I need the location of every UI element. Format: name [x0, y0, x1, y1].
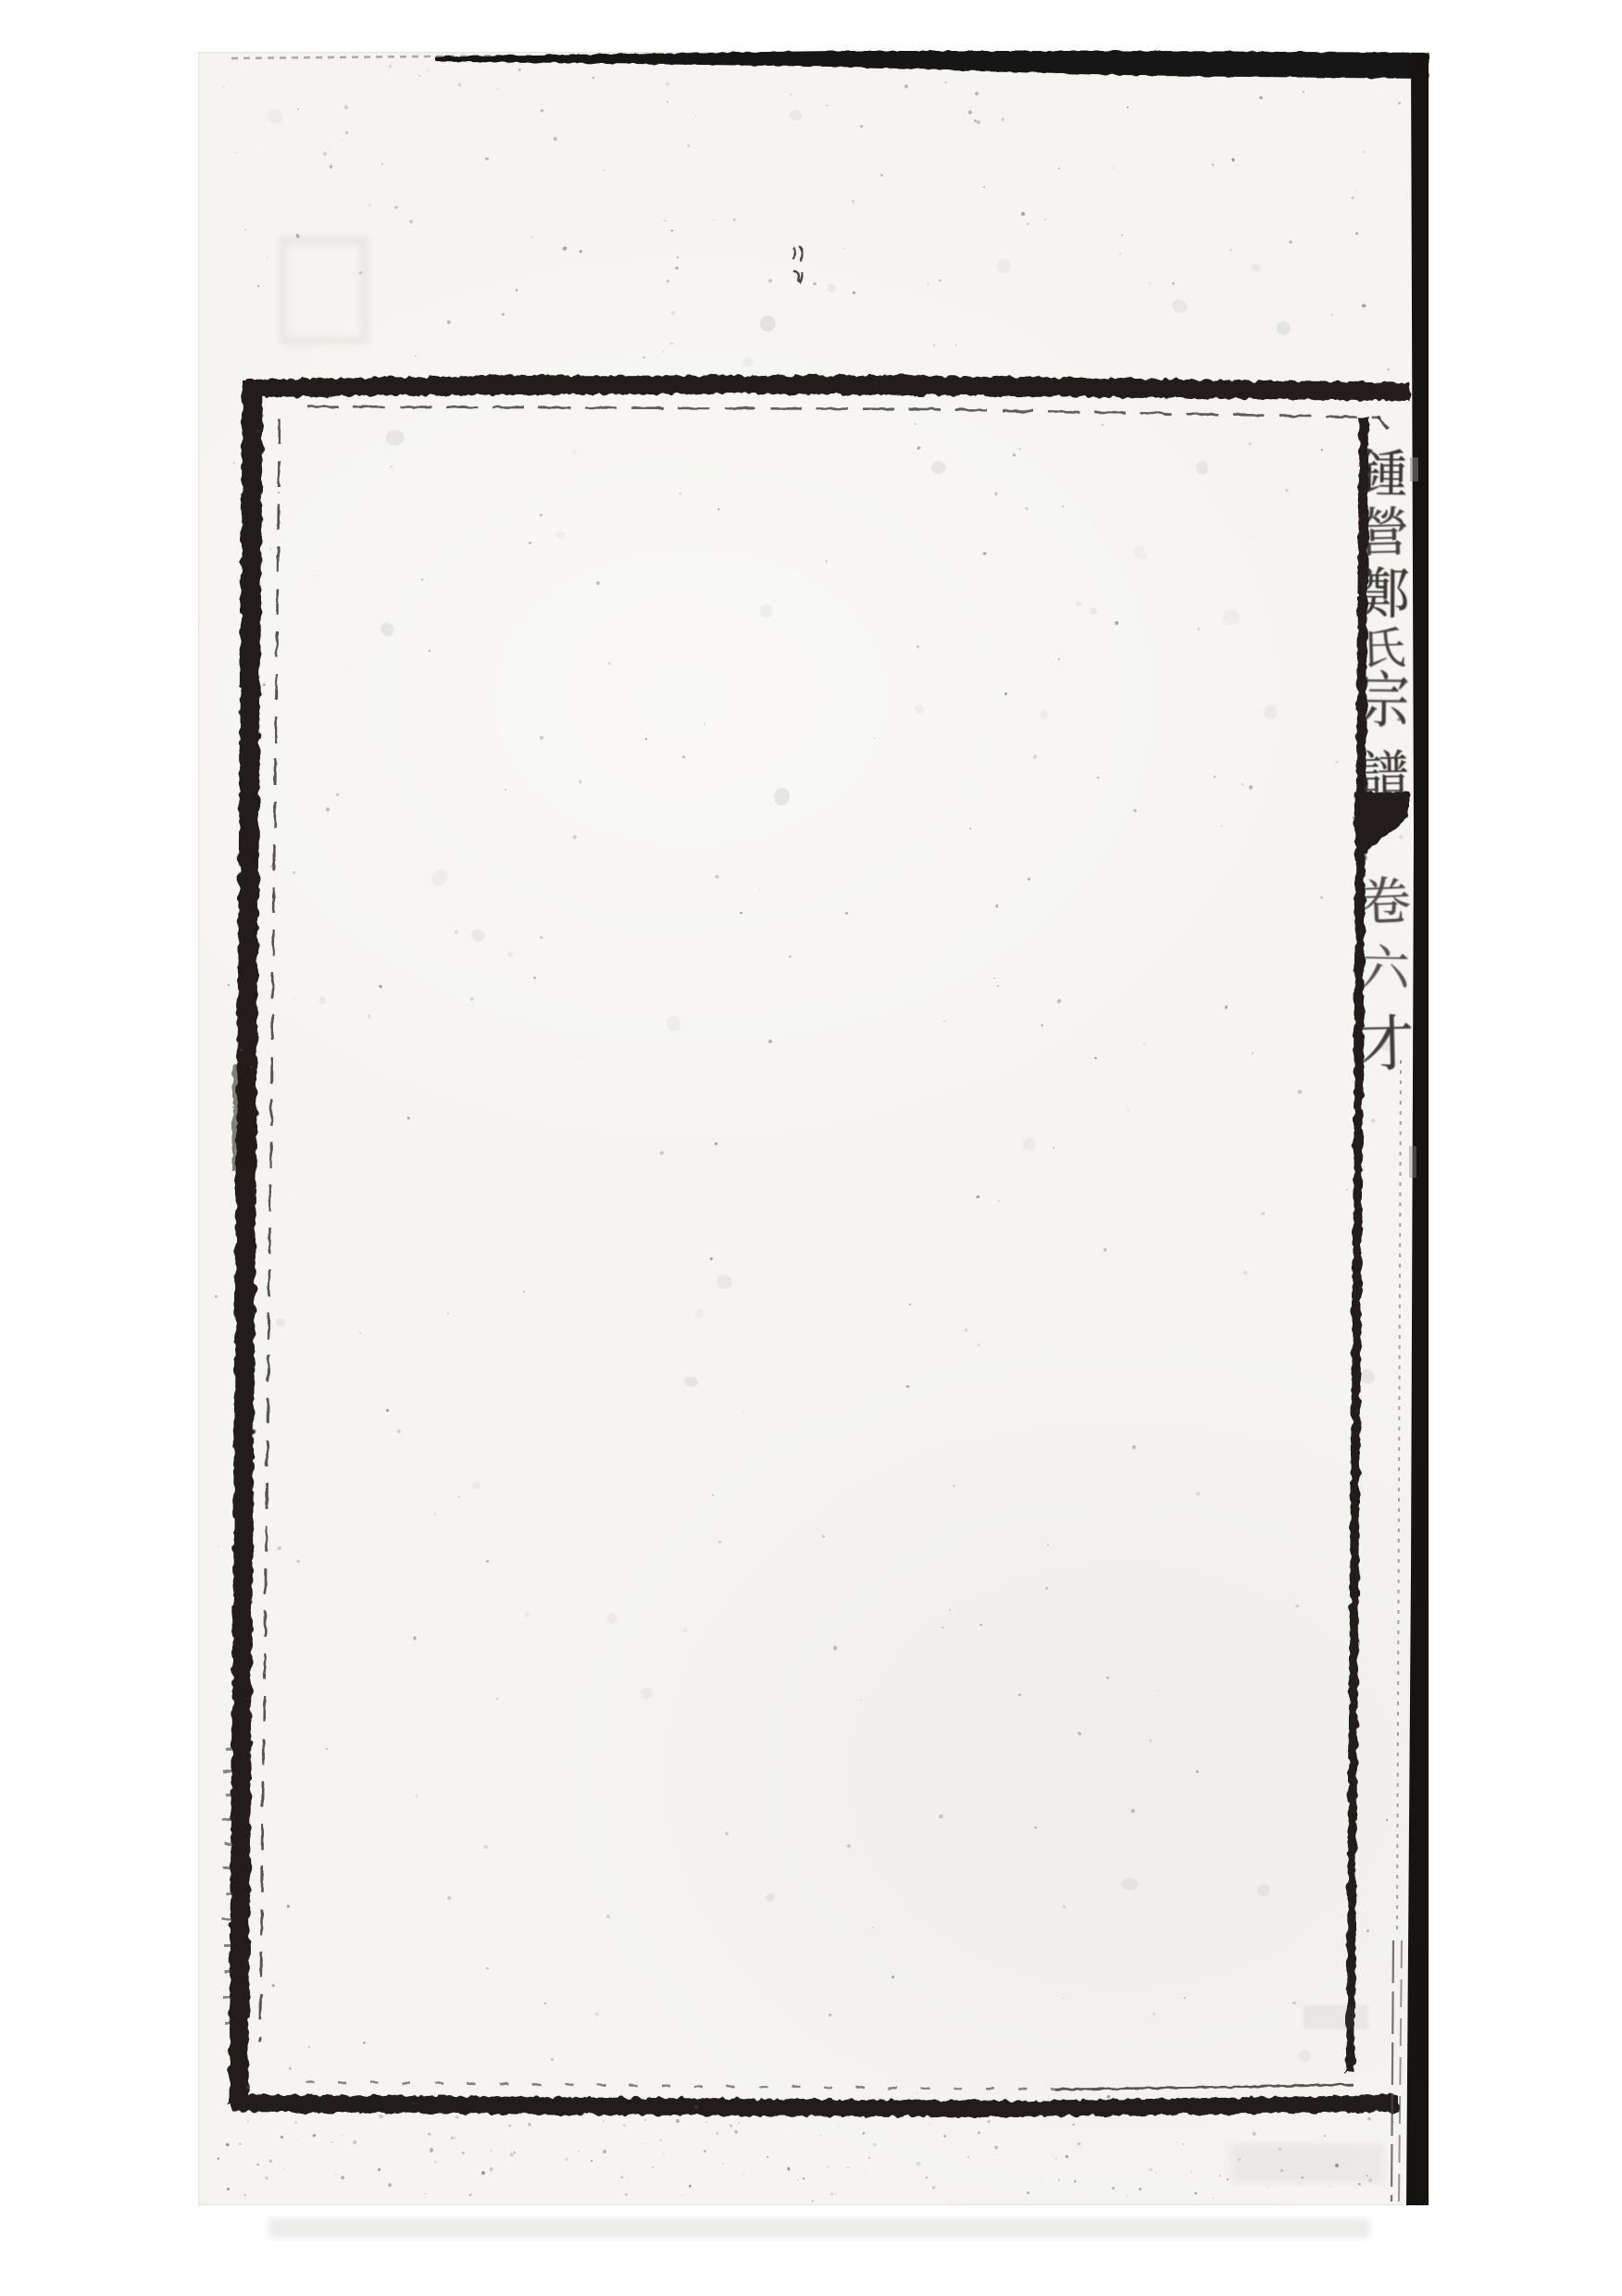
column-right-rule — [1391, 1940, 1393, 2202]
frame-top-border — [244, 375, 1410, 401]
inner-rule-bottom — [1055, 2085, 1354, 2090]
scanned-page: 鍾營鄭氏宗譜卷六才 — [0, 0, 1622, 2296]
inner-rule-left — [260, 418, 280, 2042]
bottom-scan-smudge — [1231, 2144, 1384, 2183]
center-column: 鍾營鄭氏宗譜卷六才 — [1353, 422, 1419, 1644]
title-char: 宗 — [1354, 652, 1414, 740]
top-edge-scan-streak — [435, 51, 1429, 79]
left-border-wear — [232, 1065, 250, 1171]
left-border-wear — [231, 1889, 247, 2065]
inner-rule-top — [307, 406, 1381, 418]
column-right-rule — [1399, 1940, 1402, 2202]
title-char: 譜 — [1354, 734, 1415, 805]
frame-left-border — [229, 380, 263, 2103]
ghost-seal-mark — [283, 241, 365, 341]
ink-blot — [792, 246, 803, 282]
volume-char: 卷 — [1354, 860, 1416, 936]
frame-bottom-border — [231, 2094, 1399, 2117]
volume-char: 六 — [1355, 929, 1416, 999]
scan-smudge — [1304, 2005, 1368, 2029]
bottom-scan-smudge — [268, 2218, 1370, 2239]
page-number-char: 才 — [1355, 996, 1416, 1083]
inner-rule-bottom — [306, 2082, 1055, 2090]
